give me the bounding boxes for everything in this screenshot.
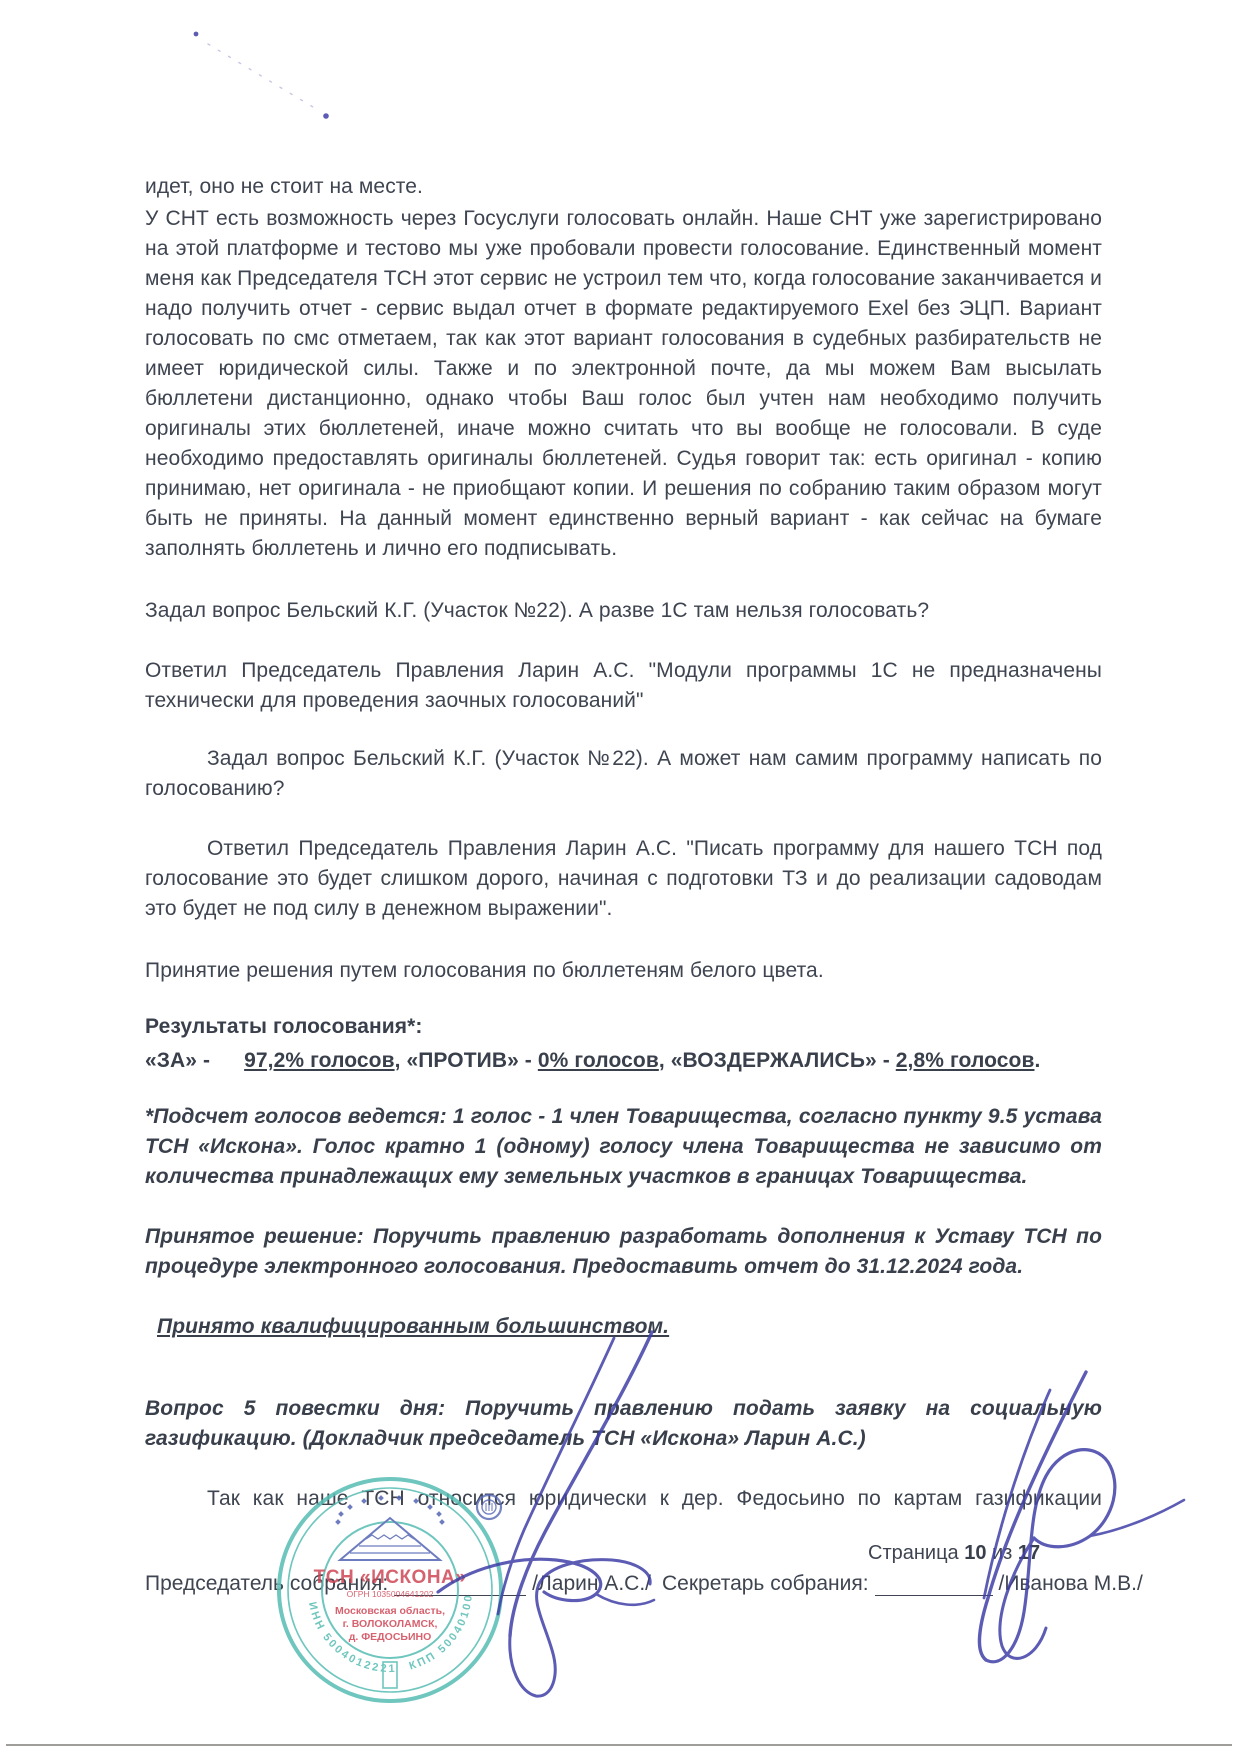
document-page: идет, оно не стоит на месте. У СНТ есть … xyxy=(0,0,1241,1753)
page-indicator-of: из xyxy=(986,1542,1017,1564)
adopted-note: Принято квалифицированным большинством. xyxy=(145,1312,1102,1342)
results-heading: Результаты голосования*: xyxy=(145,1012,1102,1042)
stamp-org-name: ТСН «ИСКОНА» xyxy=(314,1567,467,1588)
results-protiv-label: , «ПРОТИВ» - xyxy=(395,1049,538,1072)
question-belsky-1: Задал вопрос Бельский К.Г. (Участок №22)… xyxy=(145,596,1102,626)
decision-paragraph: Принятое решение: Поручить правлению раз… xyxy=(145,1222,1102,1282)
results-protiv-value: 0% голосов xyxy=(538,1049,659,1072)
page-indicator-number: 10 xyxy=(964,1542,986,1564)
secretary-signature-row: Секретарь собрания: /Иванова М.В./ xyxy=(662,1572,1143,1596)
footnote-vote-counting: *Подсчет голосов ведется: 1 голос - 1 чл… xyxy=(145,1102,1102,1192)
stamp-region: Московская область, xyxy=(335,1605,445,1617)
secretary-label: Секретарь собрания: xyxy=(662,1572,869,1596)
stamp-ring-artifact xyxy=(474,1492,504,1522)
chairman-name: /Ларин А.С./ xyxy=(532,1572,651,1596)
question5-heading: Вопрос 5 повестки дня: Поручить правлени… xyxy=(145,1394,1102,1454)
page-indicator-total: 17 xyxy=(1018,1542,1040,1564)
stamp-ogrn: ОГРН 1035004641202 xyxy=(347,1589,434,1599)
paragraph-gosuslugi-discussion: У СНТ есть возможность через Госуслуги г… xyxy=(145,204,1102,564)
stamp-mountain-emblem xyxy=(335,1495,445,1525)
stamp-village: д. ФЕДОСЬИНО xyxy=(349,1631,432,1643)
results-block: Результаты голосования*: «ЗА» -97,2% гол… xyxy=(145,1012,1102,1076)
results-line: «ЗА» -97,2% голосов, «ПРОТИВ» - 0% голос… xyxy=(145,1046,1102,1076)
adopted-note-text: Принято квалифицированным большинством. xyxy=(157,1312,669,1342)
scan-edge-line xyxy=(6,1744,1232,1746)
results-za-label: «ЗА» - xyxy=(145,1049,210,1072)
ink-dots-artifact xyxy=(194,32,329,119)
answer-larin-2: Ответил Председатель Правления Ларин А.С… xyxy=(145,834,1102,924)
page-indicator: Страница 10 из 17 xyxy=(868,1542,1040,1565)
results-vozderzh-label: , «ВОЗДЕРЖАЛИСЬ» - xyxy=(659,1049,896,1072)
paragraph-voting-method: Принятие решения путем голосования по бю… xyxy=(145,956,1102,986)
question-belsky-2: Задал вопрос Бельский К.Г. (Участок №22)… xyxy=(145,744,1102,804)
answer-larin-1: Ответил Председатель Правления Ларин А.С… xyxy=(145,656,1102,716)
paragraph-continuation: идет, оно не стоит на месте. xyxy=(145,172,1102,202)
results-za-value: 97,2% голосов xyxy=(244,1049,394,1072)
secretary-name: /Иванова М.В./ xyxy=(999,1572,1143,1596)
page-indicator-prefix: Страница xyxy=(868,1542,964,1564)
results-vozderzh-value: 2,8% голосов xyxy=(896,1049,1035,1072)
results-period: . xyxy=(1034,1049,1040,1072)
stamp-city: г. ВОЛОКОЛАМСК, xyxy=(343,1618,438,1630)
secretary-signature-blank xyxy=(875,1573,993,1596)
